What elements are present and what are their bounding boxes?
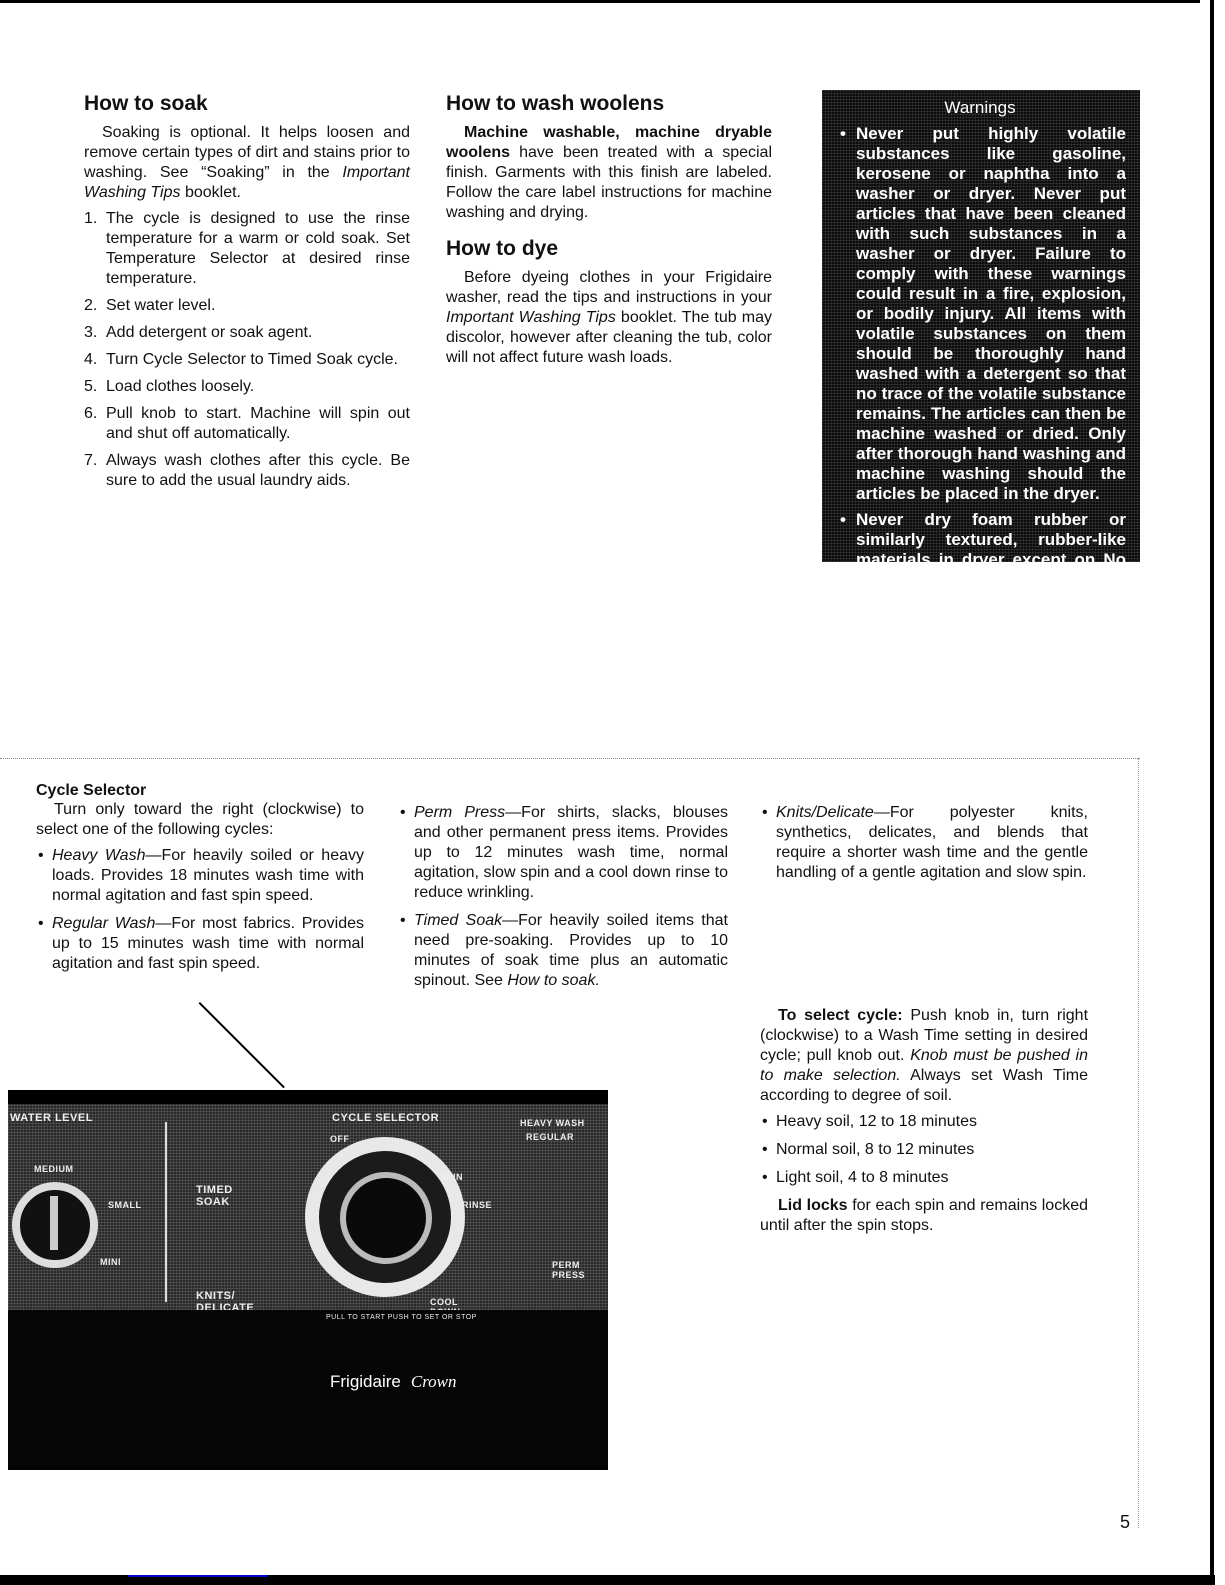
soil-level-item: Heavy soil, 12 to 18 minutes (760, 1112, 1088, 1132)
cycle-list-3: Knits/Delicate—For polyester knits, synt… (760, 803, 1088, 883)
top-rule (0, 0, 1200, 3)
water-level-knob (12, 1182, 98, 1268)
cycle-selector-section: Cycle Selector Turn only toward the righ… (36, 782, 364, 982)
soak-step: 5.Load clothes loosely. (84, 377, 410, 397)
soak-steps-list: 1.The cycle is designed to use the rinse… (84, 209, 410, 491)
cycle-list-2: Perm Press—For shirts, slacks, blouses a… (398, 803, 728, 991)
cycle-selector-intro: Turn only toward the right (clockwise) t… (36, 800, 364, 840)
cycle-selector-panel-label: CYCLE SELECTOR (332, 1112, 439, 1124)
select-cycle-section: To select cycle: Push knob in, turn righ… (760, 1006, 1088, 1236)
washer-cabinet (8, 1310, 608, 1470)
dial-mark-spin: SPIN (440, 1172, 463, 1182)
soak-step: 1.The cycle is designed to use the rinse… (84, 209, 410, 289)
washer-control-panel-illustration: WATER LEVEL MEDIUM SMALL MINI TIMED SOAK… (0, 1082, 620, 1472)
perm-press-label: PERM PRESS (552, 1260, 602, 1280)
dial-mark-rinse: RINSE (462, 1200, 492, 1210)
panel-divider (165, 1122, 167, 1302)
cycle-selector-col3: Knits/Delicate—For polyester knits, synt… (760, 803, 1088, 891)
water-level-small: SMALL (108, 1200, 142, 1210)
dye-heading: How to dye (446, 237, 772, 260)
cycle-item-knits-delicate: Knits/Delicate—For polyester knits, synt… (760, 803, 1088, 883)
bottom-bar-highlight (128, 1575, 268, 1577)
callout-pointer-line (199, 1002, 285, 1088)
dye-body: Before dyeing clothes in your Frigidaire… (446, 268, 772, 368)
warnings-heading: Warnings (834, 98, 1126, 118)
timed-soak-label: TIMED SOAK (196, 1184, 246, 1208)
right-edge-rule (1210, 0, 1214, 1585)
how-to-soak-intro: Soaking is optional. It helps loosen and… (84, 123, 410, 203)
cycle-item-heavy-wash: Heavy Wash—For heavily soiled or heavy l… (36, 846, 364, 906)
cycle-selector-knob (340, 1172, 432, 1264)
panel-instructions: PULL TO START PUSH TO SET OR STOP (326, 1314, 477, 1321)
cycle-list: Heavy Wash—For heavily soiled or heavy l… (36, 846, 364, 974)
heavy-wash-label: HEAVY WASH (520, 1118, 585, 1128)
page-number: 5 (1120, 1512, 1130, 1533)
soak-step: 2.Set water level. (84, 296, 410, 316)
water-level-medium: MEDIUM (34, 1164, 74, 1174)
water-level-mini: MINI (100, 1257, 121, 1267)
woolens-body: Machine washable, machine dryable woolen… (446, 123, 772, 223)
regular-label: REGULAR (526, 1132, 574, 1142)
cycle-selector-col2: Perm Press—For shirts, slacks, blouses a… (398, 803, 728, 999)
soak-step: 4.Turn Cycle Selector to Timed Soak cycl… (84, 350, 410, 370)
how-to-soak-heading: How to soak (84, 92, 410, 115)
cycle-item-regular-wash: Regular Wash—For most fabrics. Provides … (36, 914, 364, 974)
cycle-item-perm-press: Perm Press—For shirts, slacks, blouses a… (398, 803, 728, 903)
brand-logo: FrigidaireCrown (330, 1372, 457, 1392)
woolens-heading: How to wash woolens (446, 92, 772, 115)
bottom-edge-bar (0, 1575, 1215, 1585)
soak-step: 6.Pull knob to start. Machine will spin … (84, 404, 410, 444)
soil-level-item: Normal soil, 8 to 12 minutes (760, 1140, 1088, 1160)
select-cycle-instructions: To select cycle: Push knob in, turn righ… (760, 1006, 1088, 1106)
soil-levels-list: Heavy soil, 12 to 18 minutes Normal soil… (760, 1112, 1088, 1188)
soil-level-item: Light soil, 4 to 8 minutes (760, 1168, 1088, 1188)
soak-step: 3.Add detergent or soak agent. (84, 323, 410, 343)
control-panel-top-edge (8, 1090, 608, 1104)
warning-item: Never put highly volatile substances lik… (834, 124, 1126, 504)
dial-mark-off: OFF (330, 1134, 350, 1144)
cycle-item-timed-soak: Timed Soak—For heavily soiled items that… (398, 911, 728, 991)
section-divider (0, 758, 1140, 759)
woolens-section: How to wash woolens Machine washable, ma… (446, 92, 772, 368)
section-divider-vertical (1138, 758, 1139, 1528)
lid-locks-note: Lid locks for each spin and remains lock… (760, 1196, 1088, 1236)
how-to-soak-section: How to soak Soaking is optional. It help… (84, 92, 410, 498)
warnings-box: Warnings Never put highly volatile subst… (822, 90, 1140, 562)
water-level-label: WATER LEVEL (10, 1112, 93, 1124)
warning-item: Never dry foam rubber or similarly textu… (834, 510, 1126, 590)
cycle-selector-heading: Cycle Selector (36, 782, 364, 800)
soak-step: 7.Always wash clothes after this cycle. … (84, 451, 410, 491)
warnings-list: Never put highly volatile substances lik… (834, 124, 1126, 590)
